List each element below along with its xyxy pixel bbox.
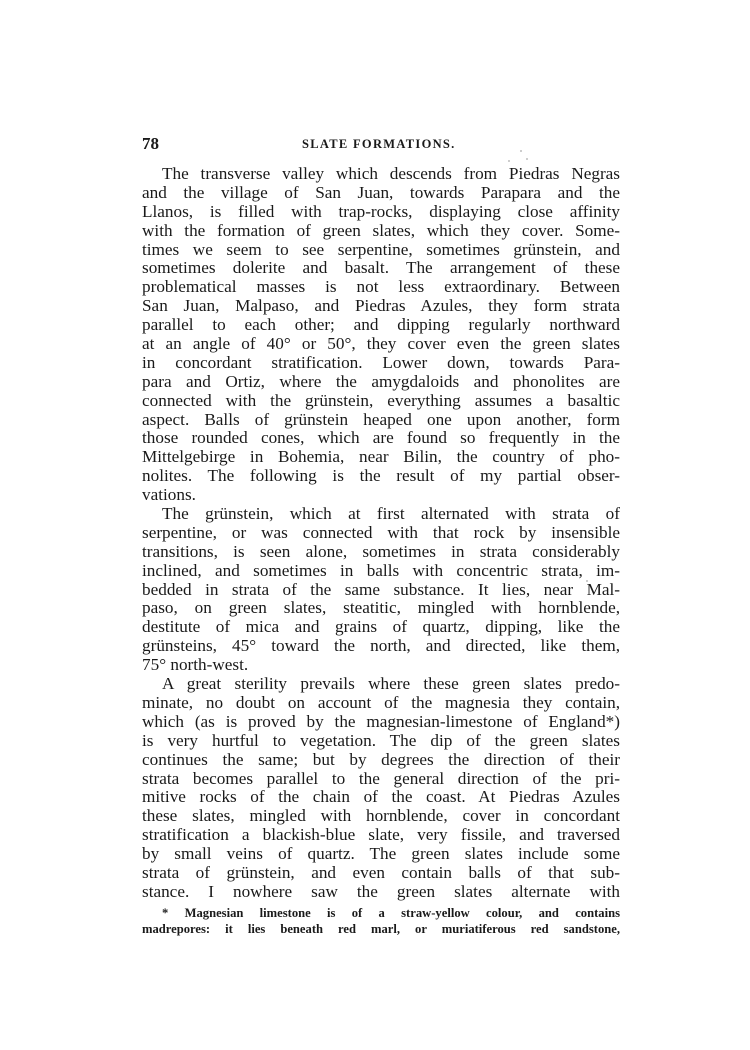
book-page: 78 SLATE FORMATIONS. The transverse vall…: [142, 128, 620, 938]
text-line: destitute of mica and grains of quartz, …: [142, 618, 620, 637]
scan-speck: [526, 158, 528, 160]
paragraph-3: A great sterility prevails where these g…: [142, 675, 620, 902]
scan-speck: [586, 580, 588, 582]
text-line: these slates, mingled with hornblende, c…: [142, 807, 620, 826]
text-line: para and Ortiz, where the amygdaloids an…: [142, 373, 620, 392]
text-line: San Juan, Malpaso, and Piedras Azules, t…: [142, 297, 620, 316]
scan-speck: [508, 160, 510, 162]
footnote-line: * Magnesian limestone is of a straw-yell…: [142, 905, 620, 922]
text-line: strata becomes parallel to the general d…: [142, 770, 620, 789]
text-line: nolites. The following is the result of …: [142, 467, 620, 486]
text-line: strata of grünstein, and even contain ba…: [142, 864, 620, 883]
text-line: stratification a blackish-blue slate, ve…: [142, 826, 620, 845]
text-line: vations.: [142, 486, 620, 505]
paragraph-1: The transverse valley which descends fro…: [142, 165, 620, 505]
scan-speck: [520, 150, 522, 152]
text-line: Llanos, is filled with trap-rocks, displ…: [142, 203, 620, 222]
text-line: The transverse valley which descends fro…: [142, 165, 620, 184]
text-line: grünsteins, 45° toward the north, and di…: [142, 637, 620, 656]
running-head: 78 SLATE FORMATIONS.: [142, 128, 620, 152]
text-line: minate, no doubt on account of the magne…: [142, 694, 620, 713]
text-line: times we seem to see serpentine, sometim…: [142, 241, 620, 260]
text-line: The grünstein, which at first alternated…: [142, 505, 620, 524]
text-line: and the village of San Juan, towards Par…: [142, 184, 620, 203]
page-number: 78: [142, 134, 159, 154]
text-line: bedded in strata of the same substance. …: [142, 581, 620, 600]
text-line: aspect. Balls of grünstein heaped one up…: [142, 411, 620, 430]
text-line: serpentine, or was connected with that r…: [142, 524, 620, 543]
text-line: at an angle of 40° or 50°, they cover ev…: [142, 335, 620, 354]
text-line: by small veins of quartz. The green slat…: [142, 845, 620, 864]
text-line: which (as is proved by the magnesian-lim…: [142, 713, 620, 732]
footnote: * Magnesian limestone is of a straw-yell…: [142, 905, 620, 938]
text-line: 75° north-west.: [142, 656, 620, 675]
text-line: problematical masses is not less extraor…: [142, 278, 620, 297]
text-line: continues the same; but by degrees the d…: [142, 751, 620, 770]
text-line: sometimes dolerite and basalt. The arran…: [142, 259, 620, 278]
text-line: transitions, is seen alone, sometimes in…: [142, 543, 620, 562]
text-line: is very hurtful to vegetation. The dip o…: [142, 732, 620, 751]
footnote-line: madrepores: it lies beneath red marl, or…: [142, 921, 620, 938]
text-line: parallel to each other; and dipping regu…: [142, 316, 620, 335]
text-line: inclined, and sometimes in balls with co…: [142, 562, 620, 581]
text-line: mitive rocks of the chain of the coast. …: [142, 788, 620, 807]
text-line: A great sterility prevails where these g…: [142, 675, 620, 694]
text-line: those rounded cones, which are found so …: [142, 429, 620, 448]
body-text: The transverse valley which descends fro…: [142, 165, 620, 902]
text-line: with the formation of green slates, whic…: [142, 222, 620, 241]
text-line: connected with the grünstein, everything…: [142, 392, 620, 411]
running-head-title: SLATE FORMATIONS.: [302, 137, 456, 152]
text-line: Mittelgebirge in Bohemia, near Bilin, th…: [142, 448, 620, 467]
text-line: in concordant stratification. Lower down…: [142, 354, 620, 373]
paragraph-2: The grünstein, which at first alternated…: [142, 505, 620, 675]
text-line: stance. I nowhere saw the green slates a…: [142, 883, 620, 902]
text-line: paso, on green slates, steatitic, mingle…: [142, 599, 620, 618]
